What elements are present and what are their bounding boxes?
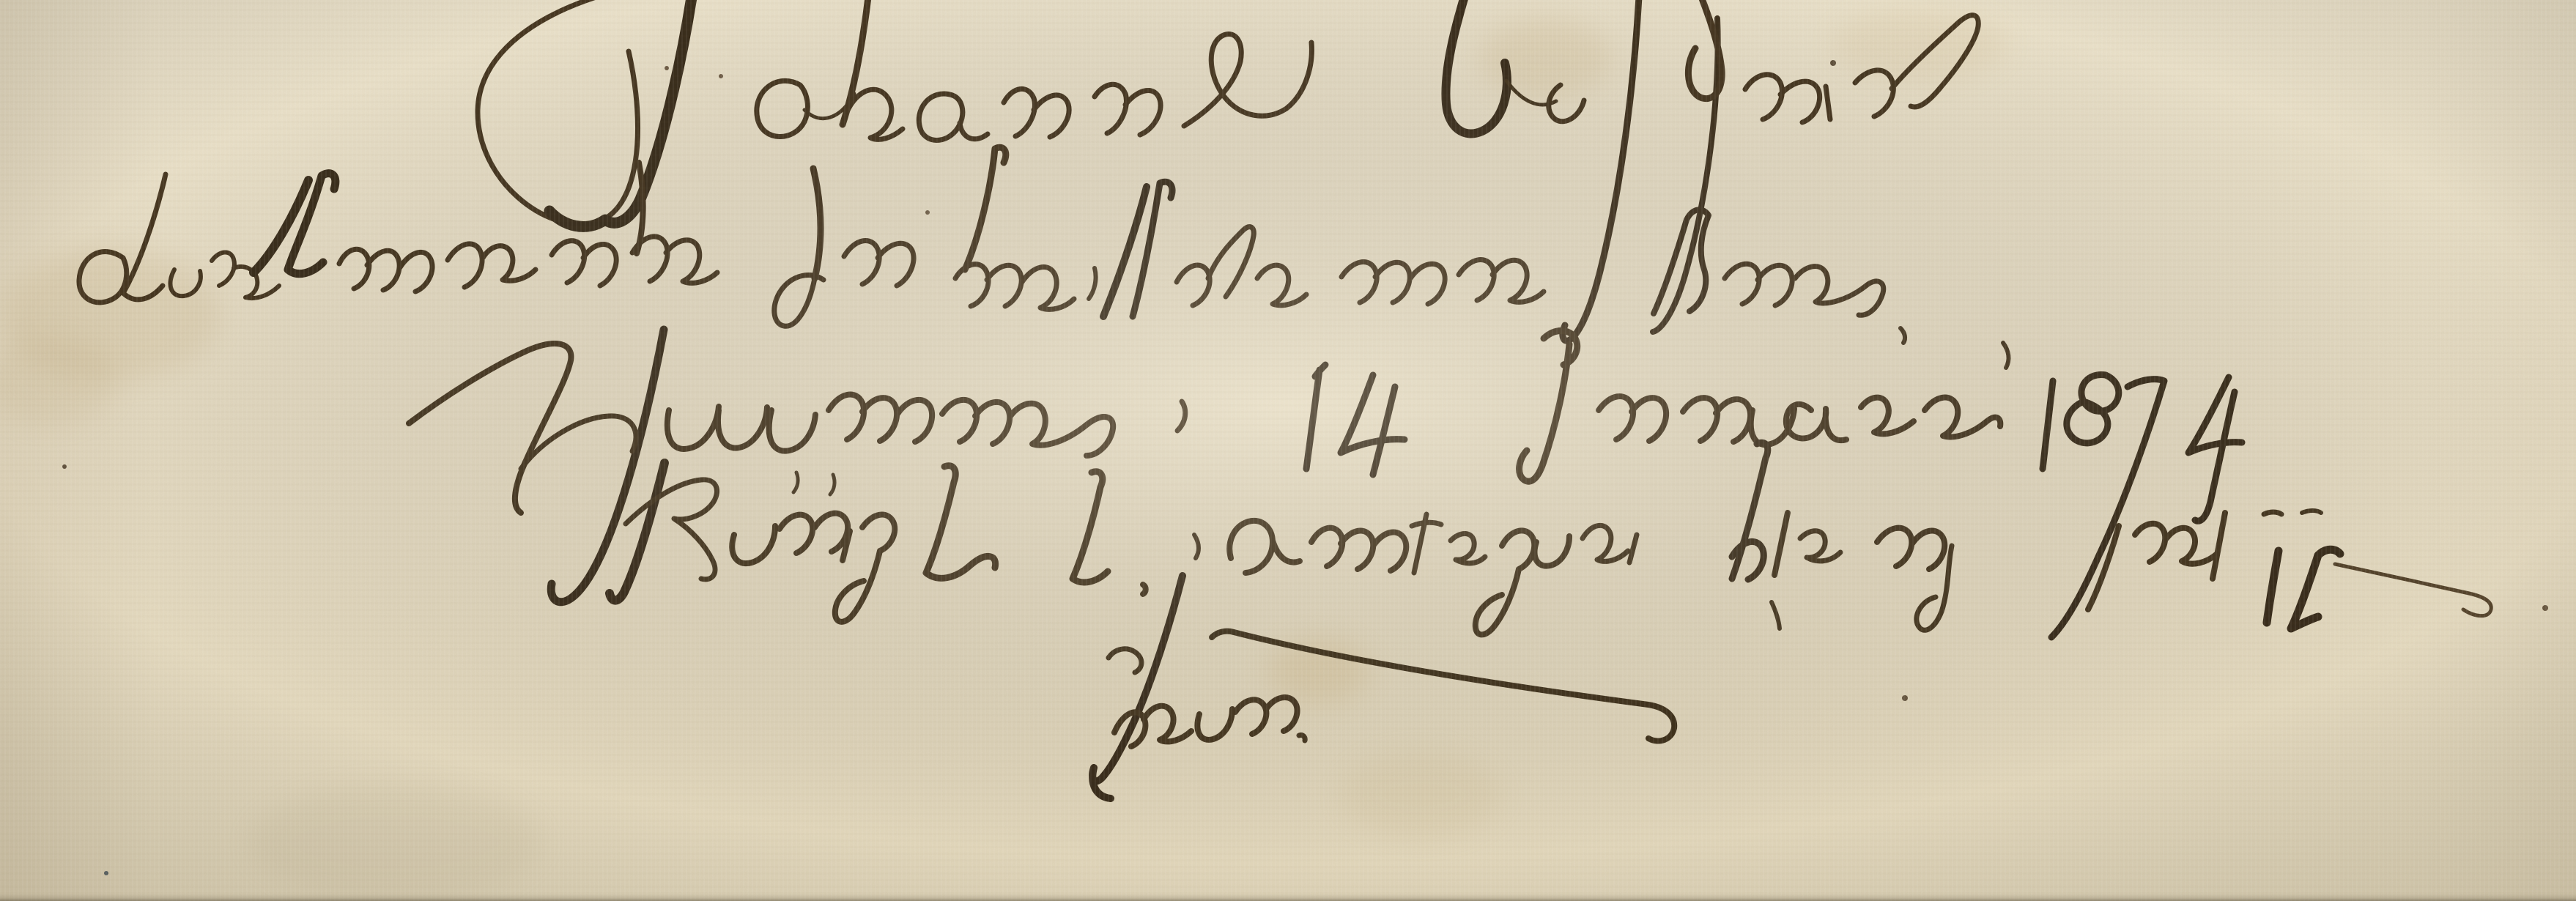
manuscript-photo: Handwritten note, Husum 1874 Johann Seyf… — [0, 0, 2576, 901]
page-bottom-edge — [0, 894, 2576, 901]
manuscript-page — [0, 0, 2576, 901]
paper-side-shading — [0, 0, 2576, 901]
